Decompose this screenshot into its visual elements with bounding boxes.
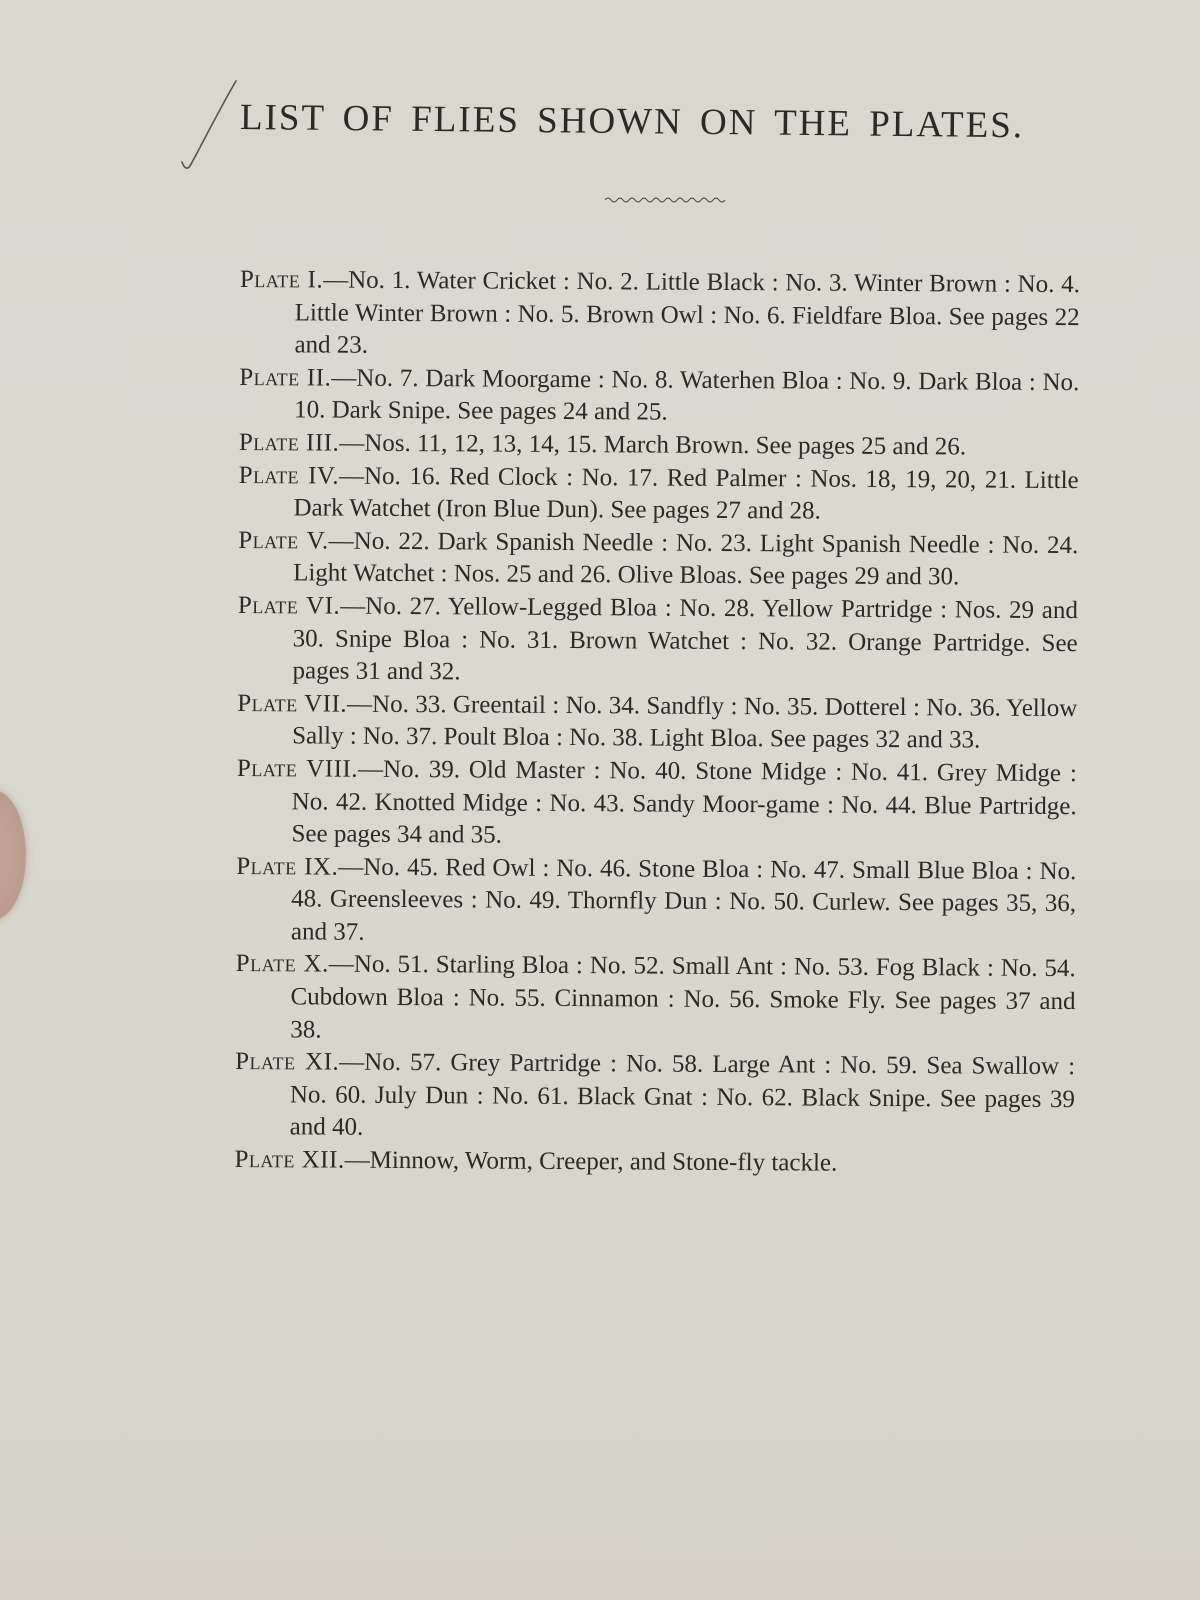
plate-label: Plate V. (238, 527, 329, 555)
plate-description: No. 16. Red Clock : No. 17. Red Palmer :… (293, 462, 1078, 524)
plate-description: No. 7. Dark Moorgame : No. 8. Waterhen B… (294, 364, 1079, 425)
plate-label: Plate VIII. (237, 755, 358, 783)
plate-entry: Plate IV.—No. 16. Red Clock : No. 17. Re… (238, 460, 1078, 530)
plate-description: Nos. 11, 12, 13, 14, 15. March Brown. Se… (364, 430, 966, 461)
plate-entry: Plate IX.—No. 45. Red Owl : No. 46. Ston… (236, 851, 1077, 954)
plate-entry: Plate V.—No. 22. Dark Spanish Needle : N… (238, 525, 1078, 595)
book-page: LIST OF FLIES SHOWN ON THE PLATES. Plate… (0, 0, 1200, 1600)
plate-label: Plate I. (240, 266, 323, 294)
thumb-holding-page (0, 790, 26, 920)
plate-label: Plate II. (239, 364, 331, 392)
wavy-ornament-icon (605, 196, 735, 206)
page-title: LIST OF FLIES SHOWN ON THE PLATES. (240, 96, 1100, 148)
plate-description: No. 33. Greentail : No. 34. Sandfly : No… (292, 691, 1077, 754)
plate-description: No. 1. Water Cricket : No. 2. Little Bla… (294, 267, 1080, 359)
plate-entry: Plate XI.—No. 57. Grey Partridge : No. 5… (235, 1046, 1076, 1149)
plate-entry: Plate X.—No. 51. Starling Bloa : No. 52.… (235, 948, 1076, 1051)
plate-description: No. 57. Grey Partridge : No. 58. Large A… (290, 1049, 1076, 1141)
plate-description: Minnow, Worm, Creeper, and Stone-fly tac… (370, 1147, 838, 1177)
plate-label: Plate XI. (235, 1048, 339, 1076)
plate-label: Plate IX. (236, 853, 338, 881)
plate-description: No. 39. Old Master : No. 40. Stone Midge… (291, 756, 1077, 849)
plate-description: No. 51. Starling Bloa : No. 52. Small An… (290, 951, 1076, 1043)
plate-entry: Plate VI.—No. 27. Yellow-Legged Bloa : N… (237, 590, 1078, 693)
plate-label: Plate IV. (239, 462, 339, 490)
plate-entry: Plate VIII.—No. 39. Old Master : No. 40.… (236, 753, 1077, 856)
plate-label: Plate VII. (237, 690, 347, 718)
plate-description: No. 22. Dark Spanish Needle : No. 23. Li… (293, 527, 1078, 590)
plates-list: Plate I.—No. 1. Water Cricket : No. 2. L… (234, 264, 1080, 1182)
pencil-check-mark-icon (170, 78, 240, 173)
plate-entry: Plate VII.—No. 33. Greentail : No. 34. S… (237, 688, 1077, 758)
plate-label: Plate III. (239, 429, 340, 457)
plate-entry: Plate II.—No. 7. Dark Moorgame : No. 8. … (239, 362, 1079, 432)
plate-entry: Plate I.—No. 1. Water Cricket : No. 2. L… (239, 264, 1080, 367)
plate-label: Plate VI. (238, 592, 340, 620)
plate-description: No. 45. Red Owl : No. 46. Stone Bloa : N… (291, 853, 1077, 945)
plate-label: Plate XII. (234, 1146, 344, 1174)
plate-entry: Plate III.—Nos. 11, 12, 13, 14, 15. Marc… (239, 427, 1079, 465)
plate-label: Plate X. (236, 950, 329, 978)
plate-description: No. 27. Yellow-Legged Bloa : No. 28. Yel… (292, 593, 1078, 686)
plate-entry: Plate XII.—Minnow, Worm, Creeper, and St… (234, 1144, 1074, 1182)
